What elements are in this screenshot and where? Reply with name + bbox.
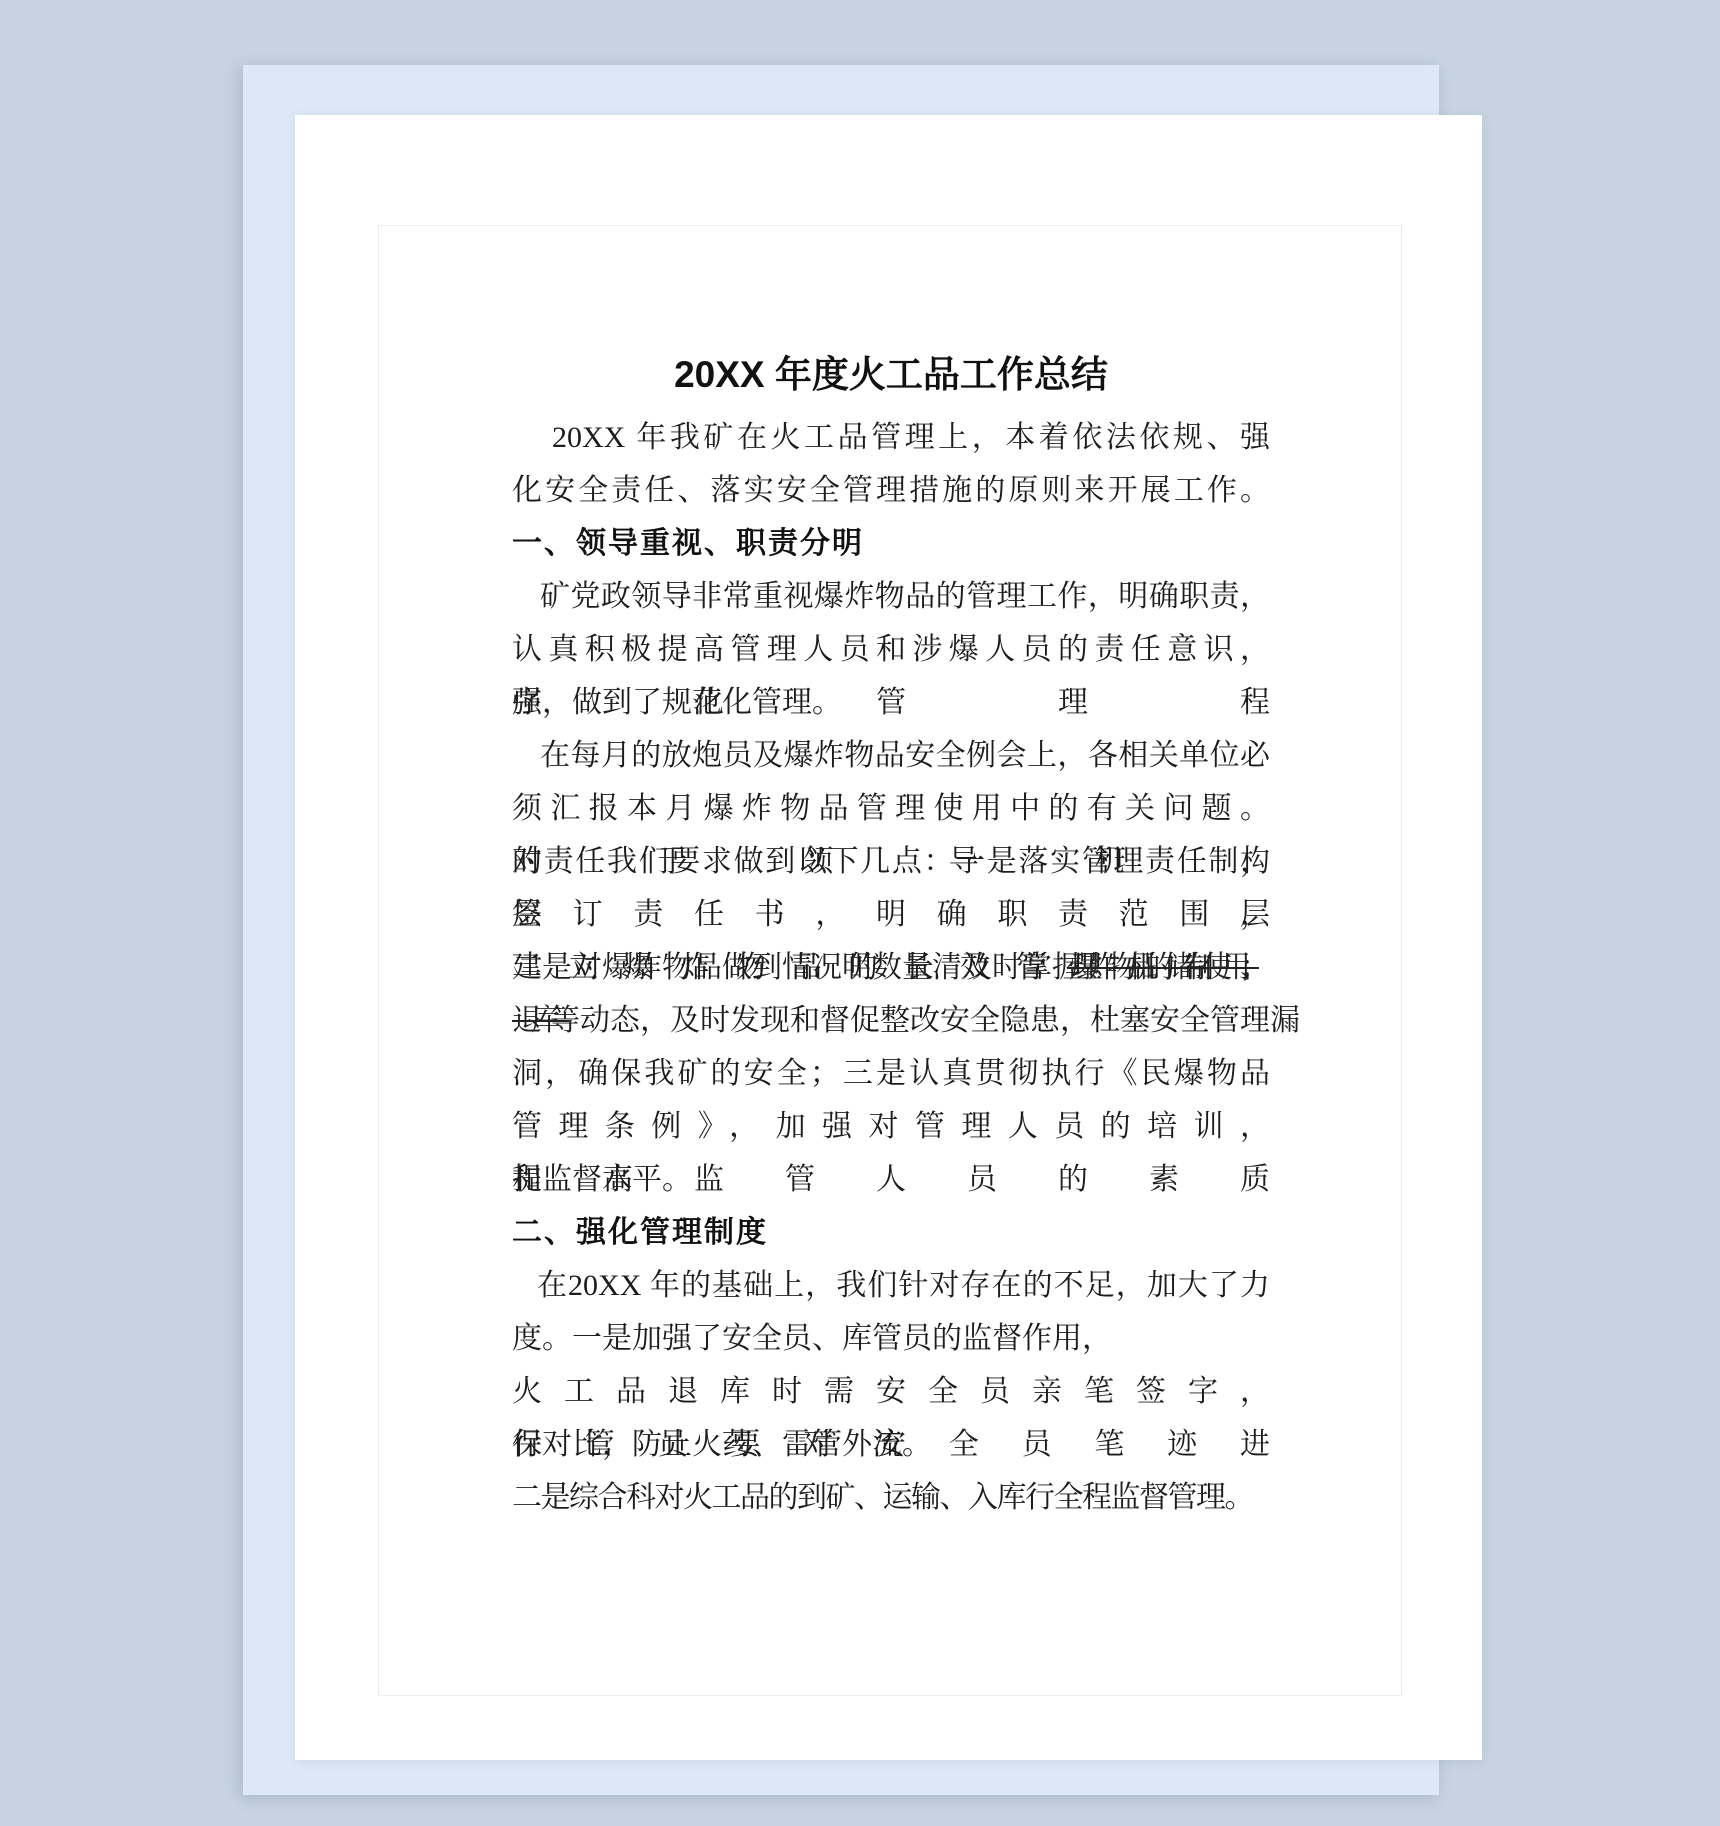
document-content: 20XX 年度火工品工作总结20XX 年我矿在火工品管理上，本着依法依规、强化安… [512, 348, 1270, 1524]
document-line: 20XX 年我矿在火工品管理上，本着依法依规、强 [512, 411, 1270, 464]
line-text: 二是对爆炸物品做到情况明数量清及时掌握 [512, 941, 1069, 994]
line-text: 20XX 年我矿在火工品管理上，本着依法依规、强 [552, 421, 1270, 454]
line-text: 矿党政领导非常重视爆炸物品的管理工作，明确职责， [540, 580, 1270, 613]
line-text: 和监督水平。 [512, 1163, 692, 1196]
line-text: 在20XX 年的基础上，我们针对存在的不足，加大了力 [537, 1269, 1270, 1302]
document-line: 签订责任书，明确职责范围，建立爆炸物品的长效管理机制； [512, 888, 1270, 941]
document-title: 20XX 年度火工品工作总结 [512, 348, 1270, 401]
document-line: 的责任我们要求做到以下几点：一是落实管理责任制，层层 [512, 835, 1270, 888]
document-line: 在20XX 年的基础上，我们针对存在的不足，加大了力 [512, 1259, 1270, 1312]
document-paper: 20XX 年度火工品工作总结20XX 年我矿在火工品管理上，本着依法依规、强化安… [295, 115, 1482, 1760]
line-text: 动态，及时发现和督促整改安全隐患，杜塞安全管理漏 [580, 994, 1270, 1047]
document-line: 化安全责任、落实安全管理措施的原则来开展工作。 [512, 464, 1270, 517]
document-line: 度。一是加强了安全员、库管员的监督作用， [512, 1312, 1270, 1365]
line-text: 行对比，防止火药、雷管外流。 [512, 1428, 932, 1461]
line-text: 序，做到了规范化管理。 [512, 686, 842, 719]
section-heading: 二、强化管理制度 [512, 1206, 1270, 1259]
line-text: 洞，确保我矿的安全；三是认真贯彻执行《民爆物品 [512, 1057, 1270, 1090]
line-text: 二、强化管理制度 [512, 1216, 768, 1249]
document-line: 火工品退库时需安全员亲笔签字，保管员要对安全员笔迹进 [512, 1365, 1270, 1418]
document-line: 洞，确保我矿的安全；三是认真贯彻执行《民爆物品 [512, 1047, 1270, 1100]
condensed-struck-text: 退库等 [512, 994, 580, 1047]
document-line: 二是综合科对火工品的到矿、运输、入库行全程监督管理。 [512, 1471, 1270, 1524]
document-line: 矿党政领导非常重视爆炸物品的管理工作，明确职责， [512, 570, 1270, 623]
document-line: 退库等动态，及时发现和督促整改安全隐患，杜塞安全管理漏 [512, 994, 1270, 1047]
line-text: 一、领导重视、职责分明 [512, 527, 864, 560]
document-line: 认真积极提高管理人员和涉爆人员的责任意识，强化管理程 [512, 623, 1270, 676]
condensed-struck-text: 爆炸物品的储存使用、 [1069, 941, 1270, 994]
document-line: 在每月的放炮员及爆炸物品安全例会上，各相关单位必 [512, 729, 1270, 782]
line-text: 度。一是加强了安全员、库管员的监督作用， [512, 1322, 1112, 1355]
document-line: 二是对爆炸物品做到情况明数量清及时掌握爆炸物品的储存使用、 [512, 941, 1270, 994]
section-heading: 一、领导重视、职责分明 [512, 517, 1270, 570]
line-text: 化安全责任、落实安全管理措施的原则来开展工作。 [512, 474, 1270, 507]
line-text: 二是综合科对火工品的到矿、运输、入库行全程监督管理。 [512, 1481, 1253, 1514]
document-line: 须汇报本月爆炸物品管理使用中的有关问题。对于领导机构 [512, 782, 1270, 835]
document-line: 管理条例》，加强对管理人员的培训，提高监管人员的素质 [512, 1100, 1270, 1153]
page-background: { "scene": { "background_color": "#c7d3e… [0, 0, 1720, 1826]
line-text: 20XX 年度火工品工作总结 [674, 354, 1108, 395]
line-text: 在每月的放炮员及爆炸物品安全例会上，各相关单位必 [540, 739, 1270, 772]
